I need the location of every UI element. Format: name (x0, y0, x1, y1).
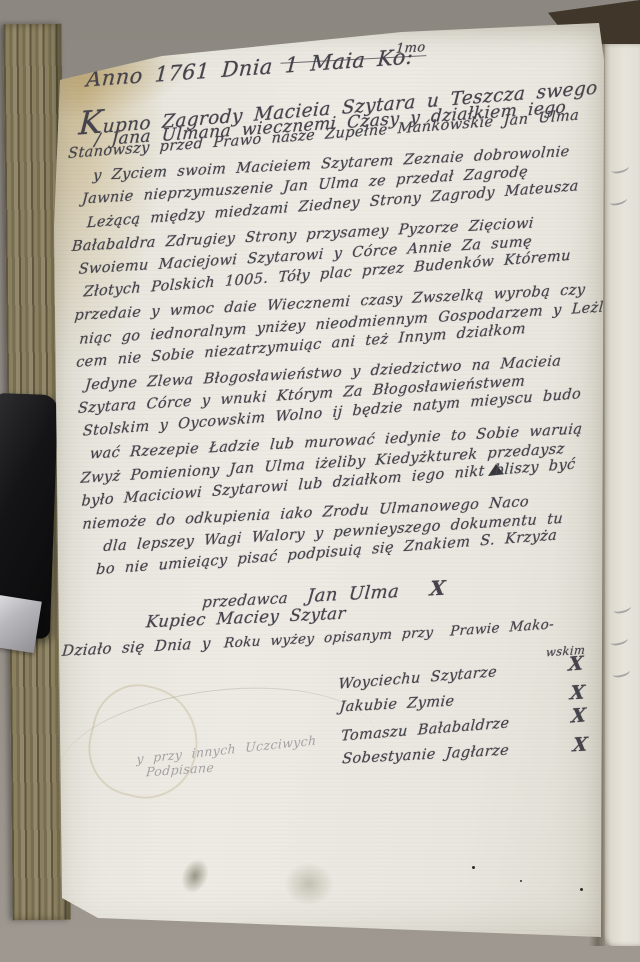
pencil-page-number: 860 (190, 17, 249, 57)
seller-name: Jan Ulma (306, 581, 400, 607)
closing-line-center: Roku wyżey opisanym przy (224, 625, 434, 652)
closing-left-text: Działo się Dnia y (61, 634, 211, 660)
ink-smudge (176, 854, 214, 897)
manuscript-page: 860 Anno 1761 Dnia 1 Maia Ko: 1mo Kupno … (52, 18, 604, 940)
bleedthrough-mark (608, 194, 628, 207)
buyer-label: Kupiec Maciey Szytar (145, 604, 347, 632)
bleedthrough-mark (610, 162, 630, 175)
speck (580, 888, 583, 891)
closing-center-text: Roku wyżey opisanym przy (223, 624, 434, 651)
speck (472, 866, 475, 869)
manuscript-photo: { "photo": { "background_color": "#938d8… (0, 0, 640, 962)
closing-line-left: Działo się Dnia y (62, 634, 212, 660)
bleedthrough-mark (609, 634, 629, 647)
buyer-signature-line: Kupiec Maciey Szytar (146, 604, 347, 632)
witness-list: Woyciechu Szytarze X Jakubie Zymie X Tom… (337, 656, 588, 773)
witness-name: Jakubie Zymie (339, 693, 455, 715)
speck (520, 880, 522, 882)
body-paragraph: Stanowszy przed Prawo nasze Zupełne Mańk… (68, 126, 615, 587)
witness-cross-mark: X (569, 682, 586, 705)
bleedthrough-mark (611, 666, 631, 679)
witness-cross-mark: X (572, 733, 589, 756)
next-page-edge (601, 44, 640, 946)
heading-superscript-text: 1mo (396, 40, 427, 57)
seller-cross-mark: X (428, 576, 446, 601)
closing-line-right: Prawie Mako- (450, 616, 555, 639)
witness-cross-mark: X (568, 652, 584, 675)
closing-right-text: Prawie Mako- (450, 616, 555, 639)
ink-smudge (284, 862, 334, 906)
witness-cross-mark: X (570, 704, 586, 727)
bleedthrough-mark (612, 602, 632, 615)
